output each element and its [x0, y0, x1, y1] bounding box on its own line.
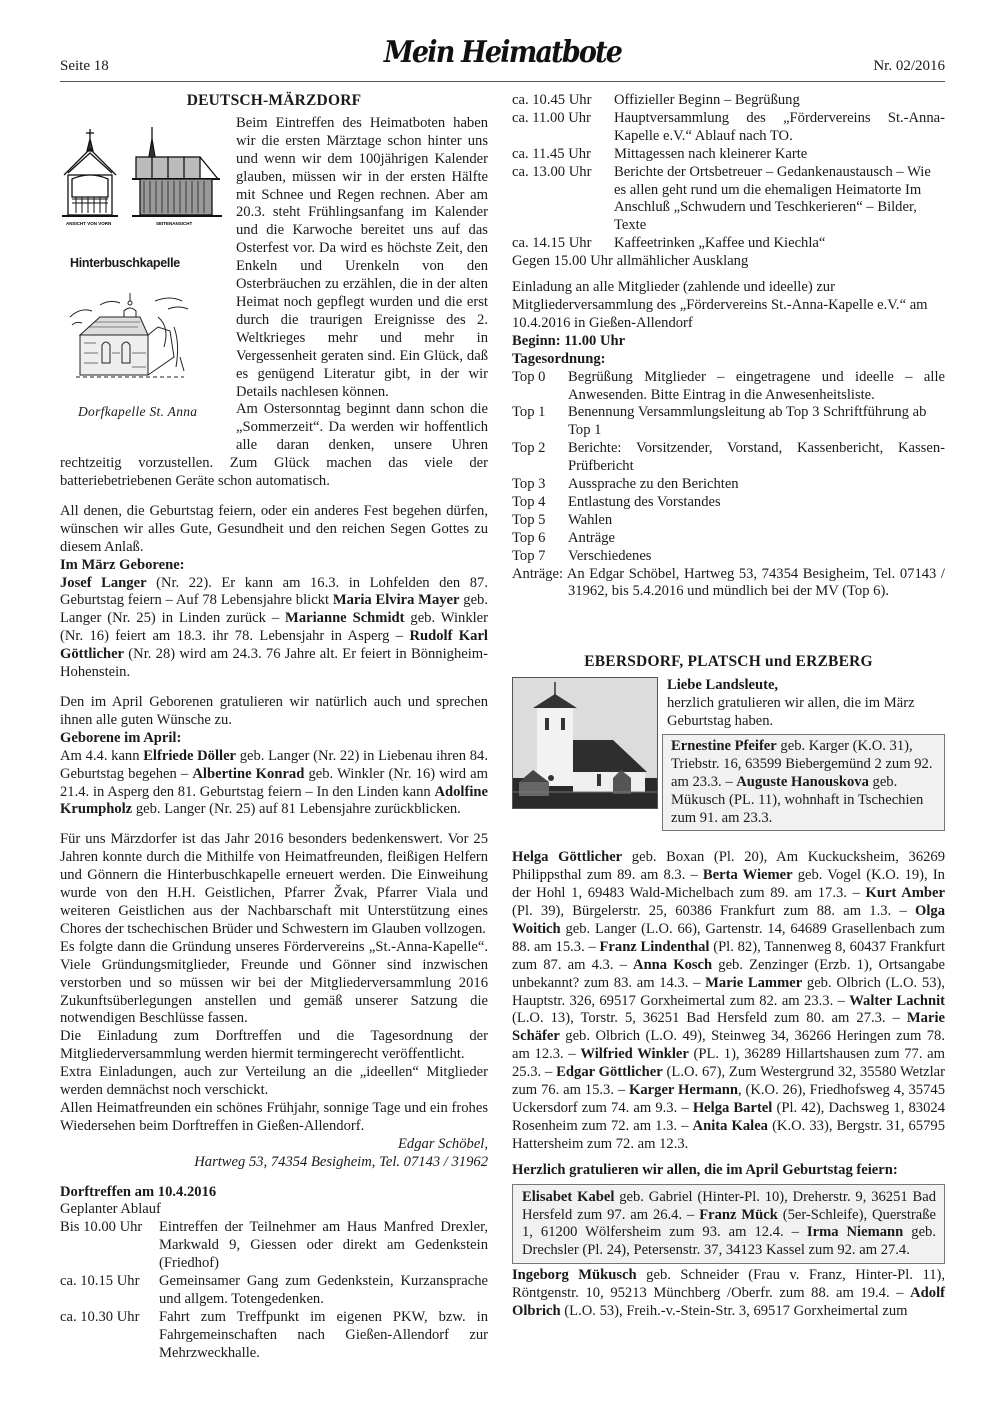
agenda-list: Top 0 Begrüßung Mitglieder – eingetragen…	[512, 369, 945, 566]
april-birthdays: Am 4.4. kann Elfriede Döller geb. Langer…	[60, 748, 488, 820]
agenda-top: Top 7	[512, 548, 568, 566]
church-photo	[512, 677, 658, 809]
greeting-salutation: Liebe Landsleute,	[667, 677, 945, 695]
agenda-top: Top 0	[512, 369, 568, 405]
anniversary-paragraph: Für uns Märzdorfer ist das Jahr 2016 bes…	[60, 831, 488, 938]
agenda-top: Top 6	[512, 530, 568, 548]
agenda-item: Benennung Versammlungsleitung ab Top 3 S…	[568, 404, 945, 440]
schedule-time: ca. 10.45 Uhr	[512, 92, 614, 110]
schedule-text: Offizieller Beginn – Begrüßung	[614, 92, 945, 110]
intro-section: ANSICHT VON VORN SEITENANSICHT Hinterbus…	[60, 115, 488, 491]
issue-number: Nr. 02/2016	[873, 58, 945, 76]
schedule-time: ca. 13.00 Uhr	[512, 164, 614, 236]
left-column: DEUTSCH-MÄRZDORF	[60, 92, 488, 1363]
caption-dorfkapelle: Dorfkapelle St. Anna	[78, 403, 197, 421]
agenda-item: Berichte: Vorsitzender, Vorstand, Kassen…	[568, 440, 945, 476]
svg-text:SEITENANSICHT: SEITENANSICHT	[156, 221, 193, 226]
meeting-invitation: Einladung an alle Mitglieder (zahlende u…	[512, 279, 945, 333]
agenda-item: Wahlen	[568, 512, 945, 530]
schedule-text: Hauptversammlung des „Fördervereins St.-…	[614, 110, 945, 146]
agenda-item: Anträge	[568, 530, 945, 548]
schedule-right: ca. 10.45 Uhr Offizieller Beginn – Begrü…	[512, 92, 945, 253]
schedule-left: Bis 10.00 Uhr Eintreffen der Teilnehmer …	[60, 1219, 488, 1362]
signature-address: Hartweg 53, 74354 Besigheim, Tel. 07143 …	[60, 1154, 488, 1172]
dorftreffen-subheading: Geplanter Ablauf	[60, 1201, 488, 1219]
masthead-logo: Mein Heimatbote	[384, 43, 621, 63]
illustrations: ANSICHT VON VORN SEITENANSICHT Hinterbus…	[60, 115, 228, 455]
agenda-top: Top 5	[512, 512, 568, 530]
agenda-top: Top 3	[512, 476, 568, 494]
agenda-heading: Tagesordnung:	[512, 351, 945, 369]
schedule-text: Fahrt zum Treffpunkt im eigenen PKW, bzw…	[159, 1309, 488, 1363]
meeting-begin: Beginn: 11.00 Uhr	[512, 333, 945, 351]
schedule-time: Bis 10.00 Uhr	[60, 1219, 159, 1273]
section-title-ebersdorf: EBERSDORF, PLATSCH und ERZBERG	[512, 653, 945, 671]
schedule-time: ca. 10.30 Uhr	[60, 1309, 159, 1363]
schedule-text: Eintreffen der Teilnehmer am Haus Manfre…	[159, 1219, 488, 1273]
april-heading-right: Herzlich gratulieren wir allen, die im A…	[512, 1162, 945, 1180]
schedule-text: Kaffeetrinken „Kaffee und Kiechla“	[614, 235, 945, 253]
march-heading: Im März Geborene:	[60, 557, 488, 575]
dorfkapelle-sketch-icon	[60, 287, 228, 397]
motions-note: Anträge: An Edgar Schöbel, Hartweg 53, 7…	[512, 566, 945, 602]
right-column: ca. 10.45 Uhr Offizieller Beginn – Begrü…	[512, 92, 945, 1321]
agenda-top: Top 4	[512, 494, 568, 512]
extra-invites-paragraph: Extra Einladungen, auch zur Verteilung a…	[60, 1064, 488, 1100]
agenda-top: Top 2	[512, 440, 568, 476]
church-photo-icon	[513, 678, 658, 809]
schedule-text: Gemeinsamer Gang zum Gedenkstein, Kurzan…	[159, 1273, 488, 1309]
schedule-end: Gegen 15.00 Uhr allmählicher Ausklang	[512, 253, 945, 271]
signature-name: Edgar Schöbel,	[60, 1136, 488, 1154]
caption-hinterbuschkapelle: Hinterbuschkapelle	[70, 255, 180, 273]
birthday-intro: All denen, die Geburtstag feiern, oder e…	[60, 503, 488, 557]
highlight-box-april: Elisabet Kabel geb. Gabriel (Hinter-Pl. …	[512, 1184, 945, 1265]
highlight-birthdays: Ernestine Pfeifer geb. Karger (K.O. 31),…	[671, 738, 936, 828]
schedule-time: ca. 14.15 Uhr	[512, 235, 614, 253]
dorftreffen-heading: Dorftreffen am 10.4.2016	[60, 1184, 488, 1202]
greeting-paragraph: Allen Heimatfreunden ein schönes Frühjah…	[60, 1100, 488, 1136]
foundation-paragraph: Es folgte dann die Gründung unseres Förd…	[60, 939, 488, 1029]
april-highlight-birthdays: Elisabet Kabel geb. Gabriel (Hinter-Pl. …	[522, 1189, 936, 1261]
schedule-time: ca. 10.15 Uhr	[60, 1273, 159, 1309]
section-title-deutsch-maerzdorf: DEUTSCH-MÄRZDORF	[60, 92, 488, 110]
ebersdorf-greeting: Liebe Landsleute, herzlich gratulieren w…	[667, 677, 945, 731]
invitation-paragraph: Die Einladung zum Dorftreffen und die Ta…	[60, 1028, 488, 1064]
april-intro: Den im April Geborenen gratulieren wir n…	[60, 694, 488, 730]
april-heading: Geborene im April:	[60, 730, 488, 748]
march-birthday-list: Helga Göttlicher geb. Boxan (Pl. 20), Am…	[512, 849, 945, 1153]
schedule-time: ca. 11.45 Uhr	[512, 146, 614, 164]
agenda-item: Verschiedenes	[568, 548, 945, 566]
schedule-text: Mittagessen nach kleinerer Karte	[614, 146, 945, 164]
april-birthday-list: Ingeborg Mükusch geb. Schneider (Frau v.…	[512, 1267, 945, 1321]
march-birthdays: Josef Langer (Nr. 22). Er kann am 16.3. …	[60, 575, 488, 682]
highlight-box-march: Ernestine Pfeifer geb. Karger (K.O. 31),…	[662, 734, 945, 831]
schedule-time: ca. 11.00 Uhr	[512, 110, 614, 146]
ebersdorf-intro: Liebe Landsleute, herzlich gratulieren w…	[512, 677, 945, 847]
page-number: Seite 18	[60, 58, 109, 76]
svg-text:ANSICHT VON VORN: ANSICHT VON VORN	[66, 221, 111, 226]
schedule-text: Berichte der Ortsbetreuer – Gedankenaust…	[614, 164, 945, 236]
agenda-item: Entlastung des Vorstandes	[568, 494, 945, 512]
agenda-item: Begrüßung Mitglieder – eingetragene und …	[568, 369, 945, 405]
page-header: Seite 18 Mein Heimatbote Nr. 02/2016	[60, 48, 945, 82]
greeting-text: herzlich gratulieren wir allen, die im M…	[667, 695, 945, 731]
hinterbuschkapelle-sketch-icon: ANSICHT VON VORN SEITENANSICHT	[60, 127, 228, 237]
agenda-item: Aussprache zu den Berichten	[568, 476, 945, 494]
agenda-top: Top 1	[512, 404, 568, 440]
